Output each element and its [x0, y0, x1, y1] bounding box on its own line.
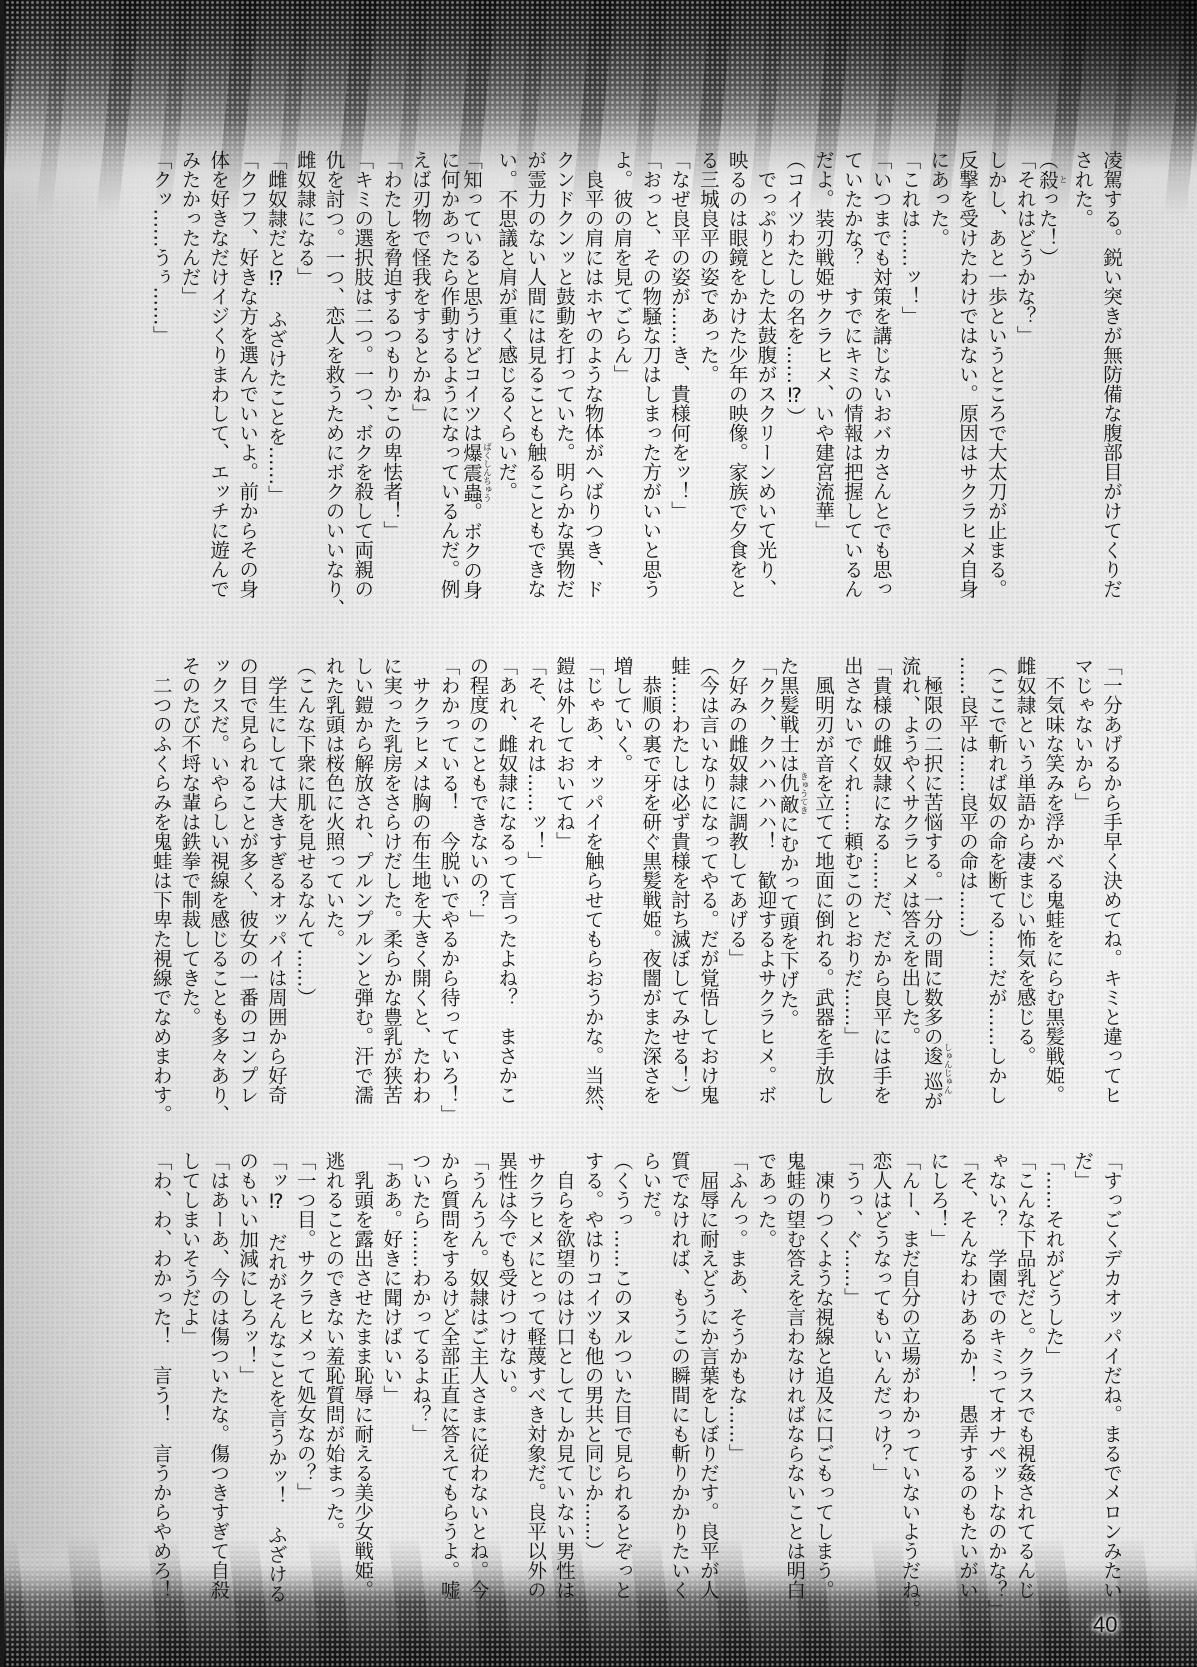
- text-column: ックスだ。いやらしい視線を感じることも多々あり、: [204, 656, 233, 1108]
- text-column: にしろ！」: [923, 1151, 952, 1603]
- text-column: 蛙……わたしは必ず貴様を討ち滅ぼしてみせる！）: [664, 656, 693, 1108]
- text-column: のもいい加減にしろッ！」: [232, 1151, 261, 1603]
- text-column: だ」: [1067, 1151, 1096, 1603]
- text-column: が霊力のない人間には見ることも触ることもできな: [520, 150, 549, 602]
- text-column: 「うんうん。奴隷はご主人さまに従わないとね。今: [463, 1151, 492, 1603]
- text-column: しい鎧から解放され、プルンプルンと弾む。汗で濡: [347, 656, 376, 1108]
- text-column: 「んー、まだ自分の立場がわかっていないようだね。: [895, 1151, 924, 1603]
- left-edge-line: [0, 0, 4, 1667]
- text-column: 雌奴隷という単語から凄まじい怖気を感じる。: [1010, 656, 1039, 1108]
- ruby-base: 爆震蟲: [460, 442, 483, 501]
- text-column: 「わたしを脅迫するつもりかこの卑怯者！」: [376, 150, 405, 602]
- ruby-annotated-word: 逡巡しゅんじゅん: [921, 1046, 944, 1091]
- ruby-reading: ばくしんちゅう: [481, 442, 491, 502]
- text-column: 「知っていると思うけどコイツは爆震蟲ばくしんちゅう。ボクの身: [463, 150, 492, 602]
- text-column: する。やはりコイツも他の男共と同じか……）: [578, 1151, 607, 1603]
- text-column: であった。: [751, 1151, 780, 1603]
- text-column: 鬼蛙の望む答えを言わなければならないことは明白: [779, 1151, 808, 1603]
- text-column: 乳頭を露出させたまま恥辱に耐える美少女戦姫。: [347, 1151, 376, 1603]
- text-column: 「クフフ、好きな方を選んでいいよ。前からその身: [232, 150, 261, 602]
- text-block-top: 凌駕する。鋭い突きが無防備な腹部目がけてくりだ された。 （殺とった！） 「それ…: [146, 150, 1125, 602]
- text-column: 仇を討つ。一つ、恋人を救うためにボクのいいなり、: [319, 150, 348, 602]
- page-number: 40: [1093, 1612, 1117, 1638]
- text-column: る三城良平の姿であった。: [693, 150, 722, 602]
- text-column: 質でなければ、もうこの瞬間にも斬りかかりたいく: [664, 1151, 693, 1603]
- ruby-base: 仇敵: [777, 772, 800, 815]
- text-segment: にむかって頭を下げた。: [777, 814, 800, 1029]
- text-block-middle: 「一分あげるから手早く決めてね。キミと違ってヒ マじゃないから」 不気味な笑みを…: [146, 656, 1125, 1108]
- text-column: ていたかな？ すでにキミの情報は把握しているん: [837, 150, 866, 602]
- text-column: 自らを欲望のはけ口としてしか見ていない男性は: [549, 1151, 578, 1603]
- text-column: しかし、あと一歩というところで大太刀が止まる。: [981, 150, 1010, 602]
- text-column: してしまいそうだよ」: [175, 1151, 204, 1603]
- text-column: れた乳頭は桜色に火照っていた。: [319, 656, 348, 1108]
- text-column: 恋人はどうなってもいいんだっけ？」: [866, 1151, 895, 1603]
- text-segment: った！）: [1036, 189, 1059, 267]
- text-column: 「じゃあ、オッパイを触らせてもらおうかな。当然、: [578, 656, 607, 1108]
- text-column: えば刃物で怪我をするとかね」: [405, 150, 434, 602]
- text-column: 「うっ、ぐ……」: [837, 1151, 866, 1603]
- ruby-annotated-word: 爆震蟲ばくしんちゅう: [460, 443, 483, 502]
- ruby-reading: きゅうてき: [798, 772, 808, 815]
- text-column: ゃない？ 学園でのキミってオナペットなのかな？」: [981, 1151, 1010, 1603]
- novel-page: 凌駕する。鋭い突きが無防備な腹部目がけてくりだ された。 （殺とった！） 「それ…: [0, 0, 1197, 1667]
- text-column: 「こんな下品乳だと。クラスでも視姦されてるんじ: [1010, 1151, 1039, 1603]
- text-column: みたかったんだ」: [175, 150, 204, 602]
- text-column: 出さないでくれ……頼むこのとおりだ……」: [837, 656, 866, 1108]
- text-column: 風明刃が音を立てて地面に倒れる。武器を手放し: [808, 656, 837, 1108]
- text-column: 「いつまでも対策を講じないおバカさんとでも思っ: [866, 150, 895, 602]
- text-column: 学生にしては大きすぎるオッパイは周囲から好奇: [261, 656, 290, 1108]
- text-column: にあった。: [923, 150, 952, 602]
- text-column: サクラヒメにとって軽蔑すべき対象だ。良平以外の: [520, 1151, 549, 1603]
- ruby-reading: しゅんじゅん: [942, 1043, 952, 1094]
- text-column: 「はあーあ、今のは傷ついたな。傷つきすぎて自殺: [204, 1151, 233, 1603]
- ruby-base: 殺: [1036, 170, 1059, 190]
- text-column: 「そ、それは……ッ！」: [520, 656, 549, 1108]
- text-column: から質問をするけど全部正直に答えてもらうよ。嘘: [434, 1151, 463, 1603]
- text-column: そのたび不埒な輩は鉄拳で制裁してきた。: [175, 656, 204, 1108]
- text-column: 「おっと、その物騒な刀はしまった方がいいと思う: [635, 150, 664, 602]
- text-column: 凌駕する。鋭い突きが無防備な腹部目がけてくりだ: [1096, 150, 1125, 602]
- text-column: 「雌奴隷だと⁉ ふざけたことを……」: [261, 150, 290, 602]
- text-column: 「貴様の雌奴隷になる……だ、だから良平には手を: [866, 656, 895, 1108]
- text-column: に何かあったら作動するようになっているんだ。例: [434, 150, 463, 602]
- text-column: 体を好きなだけイジくりまわして、エッチに遊んで: [204, 150, 233, 602]
- text-column: ク好みの雌奴隷に調教してあげる」: [722, 656, 751, 1108]
- text-column: サクラヒメは胸の布生地を大きく開くと、たわわ: [405, 656, 434, 1108]
- left-shadow: [0, 0, 140, 1667]
- text-column: だよ。装刃戦姫サクラヒメ、いや建宮流華」: [808, 150, 837, 602]
- text-column: 「クッ……うぅ……」: [146, 150, 175, 602]
- text-column: の程度のこともできないの？」: [463, 656, 492, 1108]
- text-column: 「わかっている！ 今脱いでやるから待っていろ！」: [434, 656, 463, 1108]
- text-column: （ここで斬れば奴の命を断てる……だが……しかし: [981, 656, 1010, 1108]
- text-column: 「一つ目。サクラヒメって処女なの？」: [290, 1151, 319, 1603]
- text-column: 「ッ⁉ だれがそんなことを言うかッ！ ふざける: [261, 1151, 290, 1603]
- text-column: 「なぜ良平の姿が……き、貴様何をッ！」: [664, 150, 693, 602]
- text-column: 「クク、クハハハハ！ 歓迎するよサクラヒメ。ボ: [751, 656, 780, 1108]
- ruby-annotated-word: 仇敵きゅうてき: [777, 773, 800, 814]
- text-column: マじゃないから」: [1067, 656, 1096, 1108]
- text-column: 流れ、ようやくサクラヒメは答えを出した。: [895, 656, 924, 1108]
- text-column: 「わ、わ、わかった！ 言う！ 言うからやめろ！: [146, 1151, 175, 1603]
- ruby-reading: と: [1057, 170, 1067, 190]
- text-column: 良平の肩にはホヤのような物体がへばりつき、ド: [578, 150, 607, 602]
- text-column: の目で見られることが多く、彼女の一番のコンプレ: [232, 656, 261, 1108]
- text-column: 逃れることのできない羞恥質問が始まった。: [319, 1151, 348, 1603]
- text-column: 不気味な笑みを浮かべる鬼蛙をにらむ黒髪戦姫。: [1039, 656, 1068, 1108]
- text-column: 雌奴隷になる」: [290, 150, 319, 602]
- text-column: 「ふんっ。まあ、そうかもな……」: [722, 1151, 751, 1603]
- text-segment: （: [1036, 150, 1059, 170]
- text-column: 「……それがどうした」: [1039, 1151, 1068, 1603]
- text-column: 恭順の裏で牙を研ぐ黒髪戦姫。夜闇がまた深さを: [635, 656, 664, 1108]
- text-column: に実った乳房をさらけだした。柔らかな豊乳が狭苦: [376, 656, 405, 1108]
- text-column: 極限の二択に苦悩する。一分の間に数多の逡巡しゅんじゅんが: [923, 656, 952, 1108]
- text-column: 「これは……ッ！」: [895, 150, 924, 602]
- text-segment: 。ボクの身: [460, 502, 483, 600]
- text-column: （今は言いなりになってやる。だが覚悟しておけ鬼: [693, 656, 722, 1108]
- text-column: 凍りつくような視線と追及に口ごもってしまう。: [808, 1151, 837, 1603]
- text-column: （コイツわたしの名を……⁉）: [779, 150, 808, 602]
- text-column: ついたら……わかってるよね？」: [405, 1151, 434, 1603]
- text-column: よ。彼の肩を見てごらん」: [607, 150, 636, 602]
- top-right-shadow: [777, 0, 1197, 170]
- text-block-bottom: 「すっごくデカオッパイだね。まるでメロンみたい だ」 「……それがどうした」 「…: [146, 1151, 1125, 1603]
- text-segment: た黒髪戦士は: [777, 656, 800, 773]
- text-column: 「一分あげるから手早く決めてね。キミと違ってヒ: [1096, 656, 1125, 1108]
- text-column: 「そ、そんなわけあるか！ 愚弄するのもたいがい: [952, 1151, 981, 1603]
- text-column: 屈辱に耐えどうにか言葉をしぼりだす。良平が人: [693, 1151, 722, 1603]
- text-column: 二つのふくらみを鬼蛙は下卑た視線でなめまわす。: [146, 656, 175, 1108]
- text-column: 反撃を受けたわけではない。原因はサクラヒメ自身: [952, 150, 981, 602]
- text-column: 映るのは眼鏡をかけた少年の映像。家族で夕食をと: [722, 150, 751, 602]
- text-column: （こんな下衆に肌を見せるなんて……）: [290, 656, 319, 1108]
- text-column: た黒髪戦士は仇敵きゅうてきにむかって頭を下げた。: [779, 656, 808, 1108]
- ruby-base: 逡巡: [921, 1043, 944, 1094]
- text-column: い。不思議と肩が重く感じるくらいだ。: [491, 150, 520, 602]
- text-column: （くうっ……このヌルついた目で見られるとぞっと: [607, 1151, 636, 1603]
- text-column: （殺とった！）: [1039, 150, 1068, 602]
- text-column: 「すっごくデカオッパイだね。まるでメロンみたい: [1096, 1151, 1125, 1603]
- text-column: 「それはどうかな？」: [1010, 150, 1039, 602]
- ruby-annotated-word: 殺と: [1036, 170, 1059, 190]
- text-column: 増していく。: [607, 656, 636, 1108]
- text-column: 異性は今でも受けつけない。: [491, 1151, 520, 1603]
- text-column: 「ああ。好きに聞けばいい」: [376, 1151, 405, 1603]
- text-column: らいだ。: [635, 1151, 664, 1603]
- text-column: 鎧は外しておいてね」: [549, 656, 578, 1108]
- text-column: でっぷりとした太鼓腹がスクリーンめいて光り、: [751, 150, 780, 602]
- text-column: 「あれ、雌奴隷になるって言ったよね？ まさかこ: [491, 656, 520, 1108]
- text-column: された。: [1067, 150, 1096, 602]
- text-column: クンドクンッと鼓動を打っていた。明らかな異物だ: [549, 150, 578, 602]
- text-segment: が: [921, 1091, 944, 1111]
- text-column: 「キミの選択肢は二つ。一つ、ボクを殺して両親の: [347, 150, 376, 602]
- text-segment: 極限の二択に苦悩する。一分の間に数多の: [921, 656, 944, 1046]
- text-segment: 「知っていると思うけどコイツは: [460, 150, 483, 443]
- text-column: ……良平は……良平の命は……）: [952, 656, 981, 1108]
